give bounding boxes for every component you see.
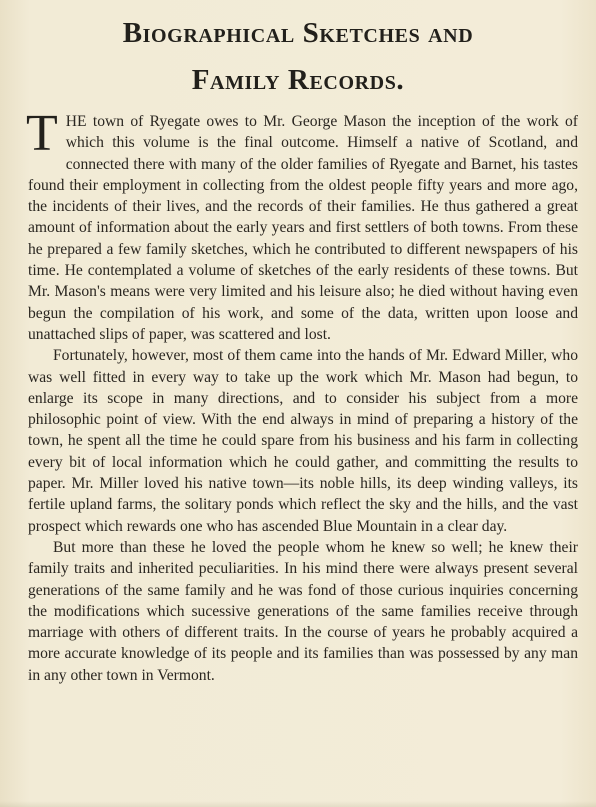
page-title-line-1: Biographical Sketches and [0,14,596,52]
paragraph-2: Fortunately, however, most of them came … [28,345,578,537]
body-text: THE town of Ryegate owes to Mr. George M… [28,111,578,686]
paragraph-1: THE town of Ryegate owes to Mr. George M… [28,111,578,345]
page-bottom-edge [0,801,596,807]
book-page: Biographical Sketches and Family Records… [0,0,596,807]
paragraph-1-text: town of Ryegate owes to Mr. George Mason… [28,113,578,343]
lead-in-caps: HE [66,113,87,130]
page-title-line-2: Family Records. [0,61,596,99]
drop-cap: T [26,114,60,158]
paragraph-3: But more than these he loved the people … [28,537,578,686]
